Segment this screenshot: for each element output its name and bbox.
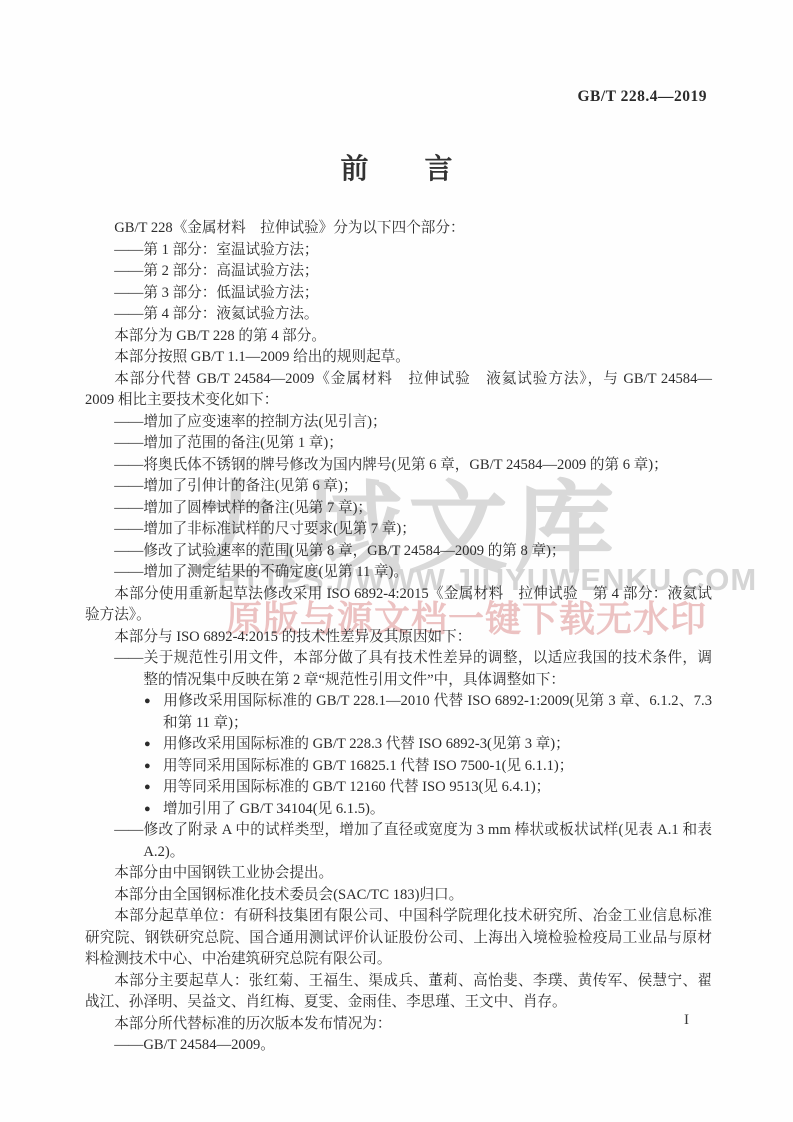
dash-item: ——第 2 部分：高温试验方法；	[85, 261, 712, 283]
paragraph: 本部分为 GB/T 228 的第 4 部分。	[85, 326, 712, 348]
dash-item: ——增加了非标准试样的尺寸要求(见第 7 章)；	[85, 519, 712, 541]
dash-item: ——增加了范围的备注(见第 1 章)；	[85, 433, 712, 455]
paragraph: 本部分所代替标准的历次版本发布情况为：	[85, 1014, 712, 1036]
paragraph: 本部分代替 GB/T 24584—2009《金属材料 拉伸试验 液氦试验方法》，…	[85, 369, 712, 412]
paragraph: 本部分由全国钢标准化技术委员会(SAC/TC 183)归口。	[85, 885, 712, 907]
bullet-item: ●用修改采用国际标准的 GB/T 228.3 代替 ISO 6892-3(见第 …	[85, 734, 712, 756]
bullet-item-text: 用等同采用国际标准的 GB/T 16825.1 代替 ISO 7500-1(见 …	[163, 758, 573, 774]
dash-item: ——GB/T 24584—2009。	[85, 1035, 712, 1057]
bullet-item-text: 用等同采用国际标准的 GB/T 12160 代替 ISO 9513(见 6.4.…	[163, 779, 550, 795]
dash-item: ——增加了应变速率的控制方法(见引言)；	[85, 412, 712, 434]
bullet-item-text: 用修改采用国际标准的 GB/T 228.1—2010 代替 ISO 6892-1…	[163, 693, 712, 731]
bullet-item-text: 增加引用了 GB/T 34104(见 6.1.5)。	[163, 801, 384, 817]
dash-item: ——修改了试验速率的范围(见第 8 章，GB/T 24584—2009 的第 8…	[85, 541, 712, 563]
paragraph: 本部分由中国钢铁工业协会提出。	[85, 863, 712, 885]
paragraph: GB/T 228《金属材料 拉伸试验》分为以下四个部分：	[85, 218, 712, 240]
bullet-icon: ●	[144, 777, 163, 799]
bullet-item-text: 用修改采用国际标准的 GB/T 228.3 代替 ISO 6892-3(见第 3…	[163, 736, 570, 752]
dash-item: ——将奥氏体不锈钢的牌号修改为国内牌号(见第 6 章，GB/T 24584—20…	[85, 455, 712, 477]
bullet-item: ●用修改采用国际标准的 GB/T 228.1—2010 代替 ISO 6892-…	[85, 691, 712, 734]
standard-number: GB/T 228.4—2019	[577, 88, 707, 106]
paragraph: 本部分按照 GB/T 1.1—2009 给出的规则起草。	[85, 347, 712, 369]
dash-item: ——增加了引伸计的备注(见第 6 章)；	[85, 476, 712, 498]
dash-item: ——增加了圆棒试样的备注(见第 7 章)；	[85, 498, 712, 520]
bullet-item: ●用等同采用国际标准的 GB/T 16825.1 代替 ISO 7500-1(见…	[85, 756, 712, 778]
dash-item: ——修改了附录 A 中的试样类型，增加了直径或宽度为 3 mm 棒状或板状试样(…	[85, 820, 712, 863]
dash-item: ——关于规范性引用文件，本部分做了具有技术性差异的调整，以适应我国的技术条件，调…	[85, 648, 712, 691]
dash-item: ——第 1 部分：室温试验方法；	[85, 240, 712, 262]
bullet-icon: ●	[144, 799, 163, 821]
bullet-item: ●用等同采用国际标准的 GB/T 12160 代替 ISO 9513(见 6.4…	[85, 777, 712, 799]
dash-item: ——第 3 部分：低温试验方法；	[85, 283, 712, 305]
dash-item: ——增加了测定结果的不确定度(见第 11 章)。	[85, 562, 712, 584]
bullet-icon: ●	[144, 691, 163, 713]
dash-item: ——第 4 部分：液氦试验方法。	[85, 304, 712, 326]
paragraph: 本部分主要起草人：张红菊、王福生、渠成兵、董莉、高怡斐、李璞、黄传军、侯慧宁、翟…	[85, 971, 712, 1014]
paragraph: 本部分起草单位：有研科技集团有限公司、中国科学院理化技术研究所、冶金工业信息标准…	[85, 906, 712, 971]
page-title: 前 言	[0, 147, 793, 187]
bullet-item: ●增加引用了 GB/T 34104(见 6.1.5)。	[85, 799, 712, 821]
bullet-icon: ●	[144, 756, 163, 778]
paragraph: 本部分与 ISO 6892-4:2015 的技术性差异及其原因如下：	[85, 627, 712, 649]
paragraph: 本部分使用重新起草法修改采用 ISO 6892-4:2015《金属材料 拉伸试验…	[85, 584, 712, 627]
bullet-icon: ●	[144, 734, 163, 756]
document-page: 九域文库 HTTPS://WWW.JIUYUWENKU.COM 原版与源文档一键…	[0, 0, 793, 1122]
body-paragraphs: GB/T 228《金属材料 拉伸试验》分为以下四个部分：——第 1 部分：室温试…	[85, 218, 712, 1057]
